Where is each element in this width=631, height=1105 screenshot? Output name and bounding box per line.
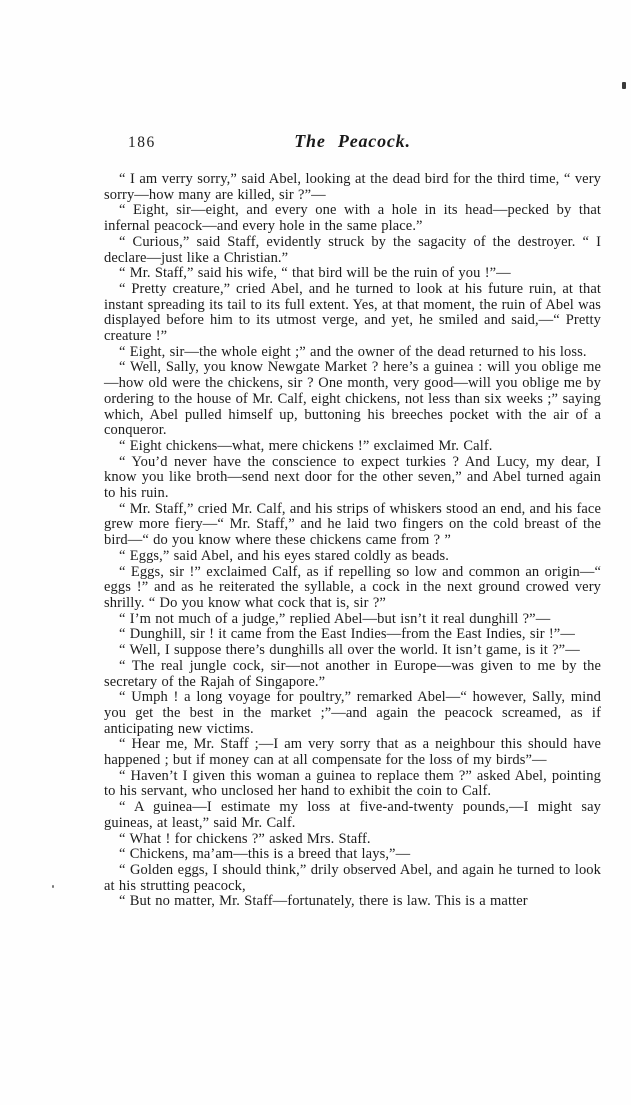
paragraph: “ I am verry sorry,” said Abel, looking … <box>104 172 601 203</box>
paragraph: “ You’d never have the conscience to exp… <box>104 455 601 502</box>
paragraph: “ Mr. Staff,” cried Mr. Calf, and his st… <box>104 502 601 549</box>
paragraph: “ A guinea—I estimate my loss at five-an… <box>104 800 601 831</box>
paragraph: “ Hear me, Mr. Staff ;—I am very sorry t… <box>104 737 601 768</box>
page-header: 186 The Peacock. <box>104 131 601 157</box>
scan-artifact <box>622 82 626 89</box>
paragraph: “ Eight, sir—eight, and every one with a… <box>104 203 601 234</box>
paragraph: “ Mr. Staff,” said his wife, “ that bird… <box>104 266 601 282</box>
paragraph: “ What ! for chickens ?” asked Mrs. Staf… <box>104 832 601 848</box>
paragraph: “ I’m not much of a judge,” replied Abel… <box>104 612 601 628</box>
paragraph: “ Eight chickens—what, mere chickens !” … <box>104 439 601 455</box>
book-page: 186 The Peacock. “ I am verry sorry,” sa… <box>0 0 631 1105</box>
paragraph: “ Well, I suppose there’s dunghills all … <box>104 643 601 659</box>
scan-artifact <box>52 885 54 888</box>
page-body: “ I am verry sorry,” said Abel, looking … <box>104 172 601 910</box>
paragraph: “ The real jungle cock, sir—not another … <box>104 659 601 690</box>
paragraph: “ Eggs, sir !” exclaimed Calf, as if rep… <box>104 565 601 612</box>
paragraph: “ But no matter, Mr. Staff—fortunately, … <box>104 894 601 910</box>
paragraph: “ Chickens, ma’am—this is a breed that l… <box>104 847 601 863</box>
paragraph: “ Dunghill, sir ! it came from the East … <box>104 627 601 643</box>
paragraph: “ Well, Sally, you know Newgate Market ?… <box>104 360 601 439</box>
running-title: The Peacock. <box>104 131 601 152</box>
paragraph: “ Pretty creature,” cried Abel, and he t… <box>104 282 601 345</box>
paragraph: “ Eight, sir—the whole eight ;” and the … <box>104 345 601 361</box>
paragraph: “ Curious,” said Staff, evidently struck… <box>104 235 601 266</box>
paragraph: “ Golden eggs, I should think,” drily ob… <box>104 863 601 894</box>
paragraph: “ Eggs,” said Abel, and his eyes stared … <box>104 549 601 565</box>
paragraph: “ Haven’t I given this woman a guinea to… <box>104 769 601 800</box>
paragraph: “ Umph ! a long voyage for poultry,” rem… <box>104 690 601 737</box>
